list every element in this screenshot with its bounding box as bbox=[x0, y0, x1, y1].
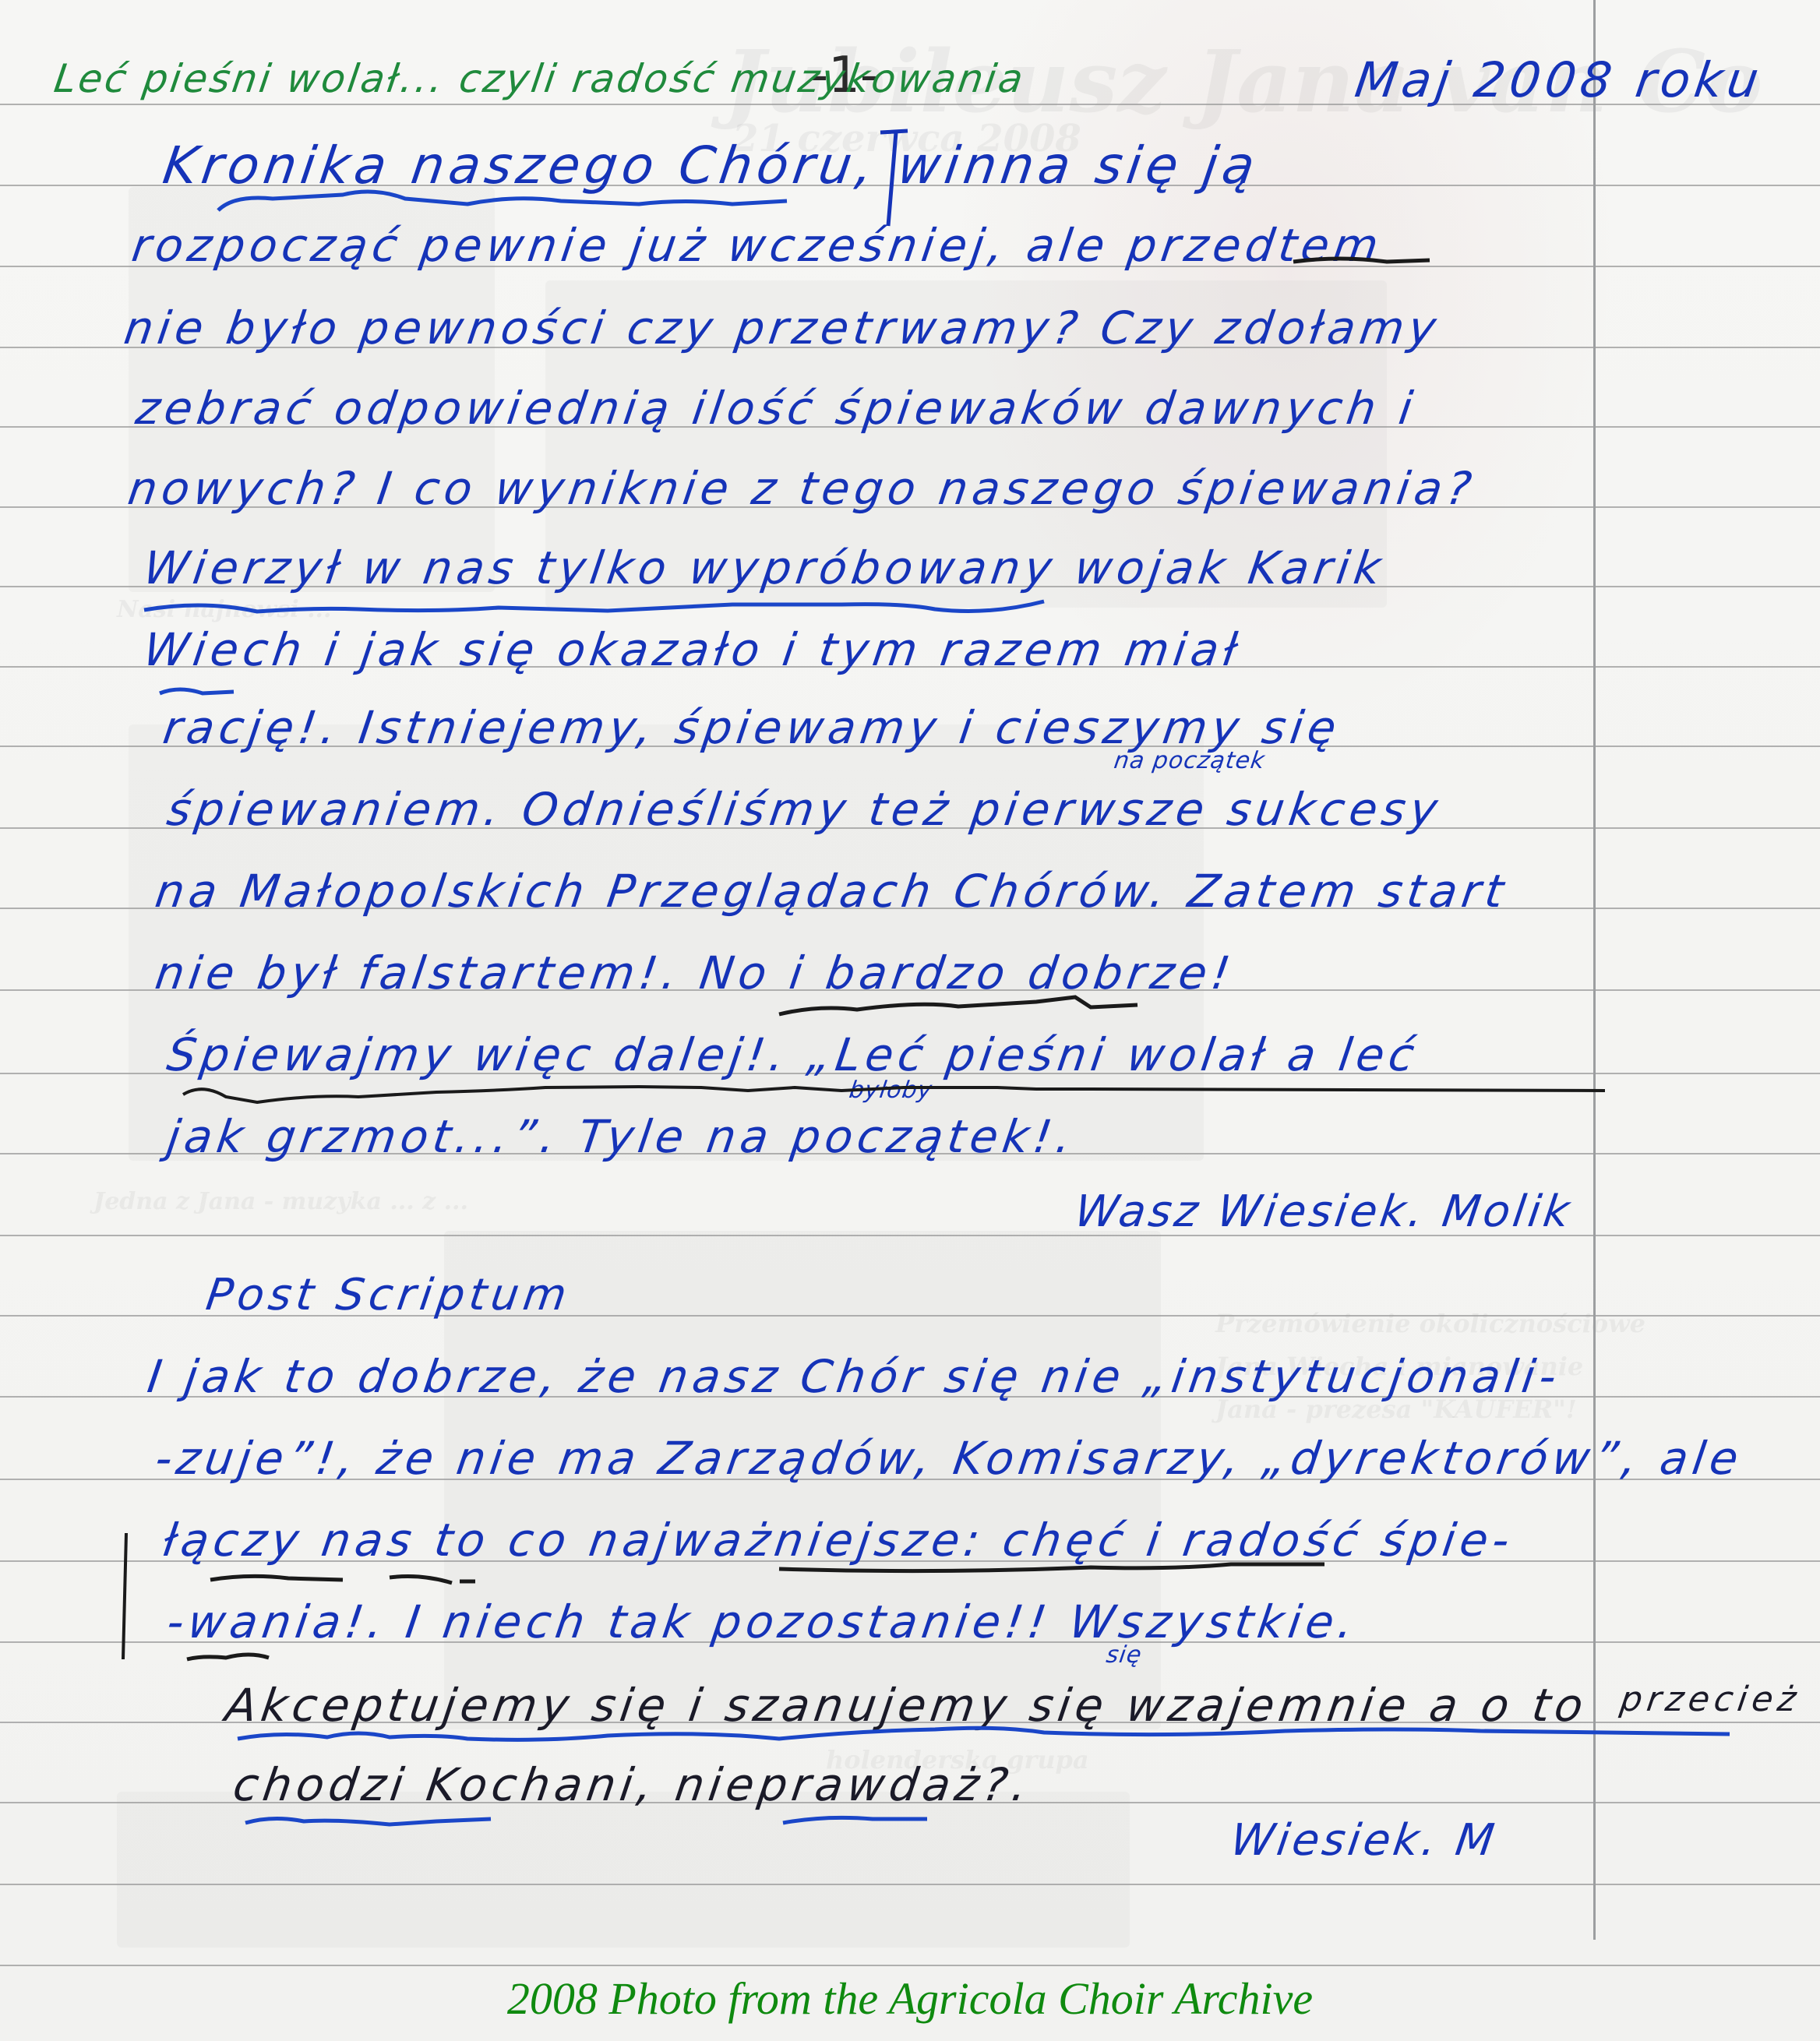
chronicle-line-8: rację!. Istniejemy, śpiewamy i cieszymy … bbox=[160, 705, 1344, 750]
chronicle-line-4: zebrać odpowiednią ilość śpiewaków dawny… bbox=[133, 386, 1420, 431]
chronicle-line-6: Wierzył w nas tylko wypróbowany wojak Ka… bbox=[141, 545, 1388, 590]
date-label: Maj 2008 roku bbox=[1353, 56, 1766, 104]
signature-postscript: Wiesiek. M bbox=[1228, 1819, 1500, 1863]
ghost-photo-5 bbox=[117, 1792, 1130, 1948]
chronicle-line-7: Wiech i jak się okazało i tym razem miał bbox=[141, 627, 1244, 672]
ruled-line bbox=[0, 1884, 1820, 1885]
postscript-line-6: chodzi Kochani, nieprawdaż?. bbox=[231, 1762, 1035, 1807]
ruled-line bbox=[0, 1965, 1820, 1966]
margin-bracket bbox=[123, 1533, 126, 1659]
chronicle-line-12: Śpiewajmy więc dalej!. „Leć pieśni wolał… bbox=[164, 1032, 1422, 1077]
photo-caption: 2008 Photo from the Agricola Choir Archi… bbox=[0, 1972, 1820, 2025]
header-title: Leć pieśni wolał... czyli radość muzykow… bbox=[51, 59, 1027, 98]
underline-wania bbox=[187, 1655, 269, 1659]
margin-line bbox=[1593, 0, 1596, 1940]
chronicle-line-3: nie było pewności czy przetrwamy? Czy zd… bbox=[122, 305, 1444, 351]
postscript-line-3: łączy nas to co najważniejsze: chęć i ra… bbox=[160, 1518, 1517, 1563]
chronicle-line-1: Kronika naszego Chóru, winna się ją bbox=[160, 140, 1262, 192]
postscript-title: Post Scriptum bbox=[203, 1274, 573, 1317]
chronicle-line-13: jak grzmot...”. Tyle na początek!. bbox=[164, 1114, 1078, 1159]
ghost-caption-3: Przemówienie okolicznościowe bbox=[1215, 1309, 1645, 1338]
chronicle-line-11: nie był falstartem!. No i bardzo dobrze! bbox=[153, 950, 1237, 996]
postscript-line-2: -zuje”!, że nie ma Zarządów, Komisarzy, … bbox=[153, 1436, 1746, 1481]
underline-wiech bbox=[160, 689, 234, 693]
far-right-word: przecież bbox=[1618, 1683, 1803, 1717]
chronicle-line-2: rozpocząć pewnie już wcześniej, ale prze… bbox=[129, 223, 1386, 268]
ghost-caption-1: Nasi najnowsi ... bbox=[117, 596, 331, 623]
insertion-sie: się bbox=[1105, 1644, 1144, 1667]
notebook-page: Jubileusz Jana van Co 21 czerwca 2008 Na… bbox=[0, 0, 1820, 2041]
signature-main: Wasz Wiesiek. Molik bbox=[1072, 1190, 1575, 1234]
insertion-na-poczatek: na początek bbox=[1113, 749, 1267, 773]
chronicle-line-5: nowych? I co wyniknie z tego naszego śpi… bbox=[125, 466, 1479, 511]
chronicle-line-10: na Małopolskich Przeglądach Chórów. Zate… bbox=[153, 869, 1511, 914]
postscript-line-1: I jak to dobrze, że nasz Chór się nie „i… bbox=[145, 1354, 1564, 1399]
ghost-caption-2: Jedna z Jana - muzyka ... z ... bbox=[93, 1188, 468, 1215]
postscript-line-5: Akceptujemy się i szanujemy się wzajemni… bbox=[223, 1683, 1590, 1728]
insertion-byloby: byłoby bbox=[848, 1079, 934, 1102]
chronicle-line-9: śpiewaniem. Odnieśliśmy też pierwsze suk… bbox=[164, 787, 1445, 832]
postscript-line-4: -wania!. I niech tak pozostanie!! Wszyst… bbox=[164, 1599, 1360, 1644]
